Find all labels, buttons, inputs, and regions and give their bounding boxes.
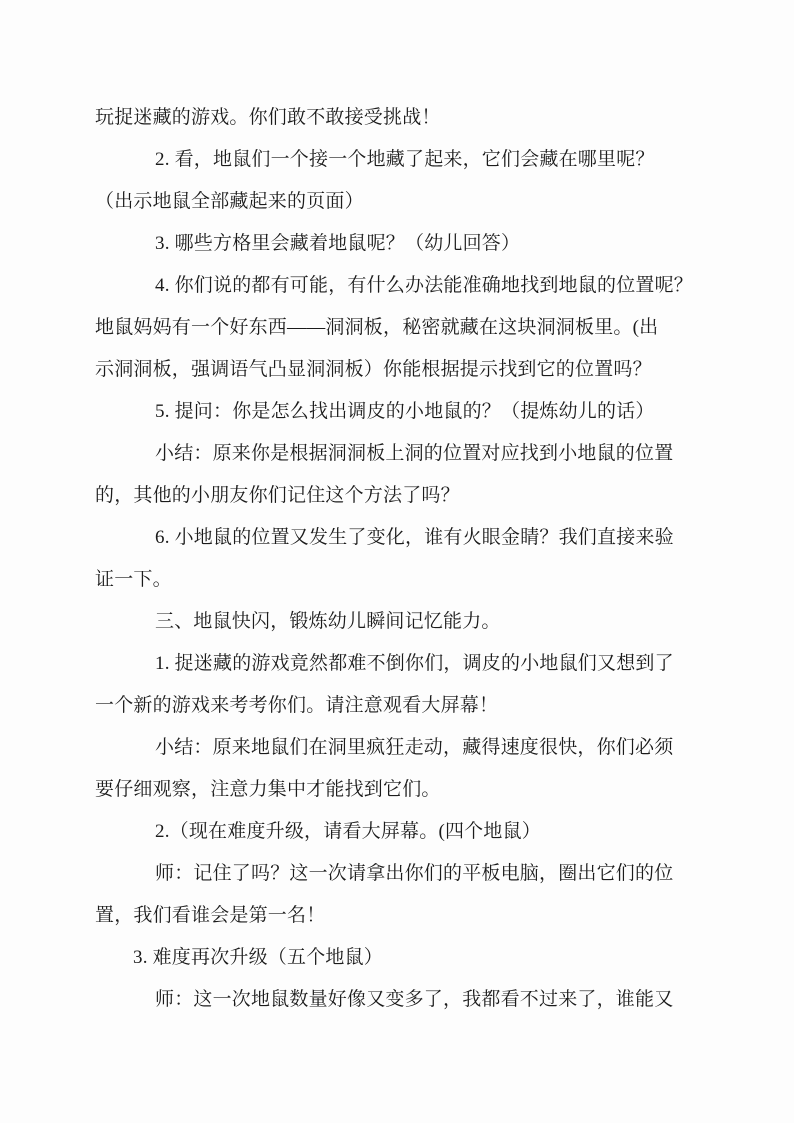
text-line: 1. 捉迷藏的游戏竟然都难不倒你们，调皮的小地鼠们又想到了 — [95, 643, 717, 685]
text-line: 的，其他的小朋友你们记住这个方法了吗？ — [95, 475, 717, 517]
text-line: 一个新的游戏来考考你们。请注意观看大屏幕！ — [95, 685, 717, 727]
text-line: 师：这一次地鼠数量好像又变多了，我都看不过来了，谁能又 — [95, 979, 717, 1021]
text-line: 3. 难度再次升级（五个地鼠） — [95, 937, 717, 979]
text-line: 示洞洞板，强调语气凸显洞洞板）你能根据提示找到它的位置吗？ — [95, 349, 717, 391]
text-line: 证一下。 — [95, 559, 717, 601]
text-line: 玩捉迷藏的游戏。你们敢不敢接受挑战！ — [95, 97, 717, 139]
text-line: 6. 小地鼠的位置又发生了变化，谁有火眼金睛？我们直接来验 — [95, 517, 717, 559]
text-line: 地鼠妈妈有一个好东西——洞洞板，秘密就藏在这块洞洞板里。(出 — [95, 307, 717, 349]
text-line: 5. 提问：你是怎么找出调皮的小地鼠的？（提炼幼儿的话） — [95, 391, 717, 433]
text-line: 三、地鼠快闪，锻炼幼儿瞬间记忆能力。 — [95, 601, 717, 643]
text-line: 小结：原来你是根据洞洞板上洞的位置对应找到小地鼠的位置 — [95, 433, 717, 475]
text-line: 师：记住了吗？这一次请拿出你们的平板电脑，圈出它们的位 — [95, 853, 717, 895]
text-line: 2.（现在难度升级，请看大屏幕。(四个地鼠） — [95, 811, 717, 853]
text-line: 置，我们看谁会是第一名！ — [95, 895, 717, 937]
text-line: （出示地鼠全部藏起来的页面） — [95, 181, 717, 223]
text-line: 要仔细观察，注意力集中才能找到它们。 — [95, 769, 717, 811]
document-page: 玩捉迷藏的游戏。你们敢不敢接受挑战！2. 看，地鼠们一个接一个地藏了起来，它们会… — [0, 0, 794, 1123]
document-body: 玩捉迷藏的游戏。你们敢不敢接受挑战！2. 看，地鼠们一个接一个地藏了起来，它们会… — [95, 97, 717, 1021]
text-line: 2. 看，地鼠们一个接一个地藏了起来，它们会藏在哪里呢？ — [95, 139, 717, 181]
text-line: 4. 你们说的都有可能，有什么办法能准确地找到地鼠的位置呢？ — [95, 265, 717, 307]
text-line: 小结：原来地鼠们在洞里疯狂走动，藏得速度很快，你们必须 — [95, 727, 717, 769]
text-line: 3. 哪些方格里会藏着地鼠呢？（幼儿回答） — [95, 223, 717, 265]
